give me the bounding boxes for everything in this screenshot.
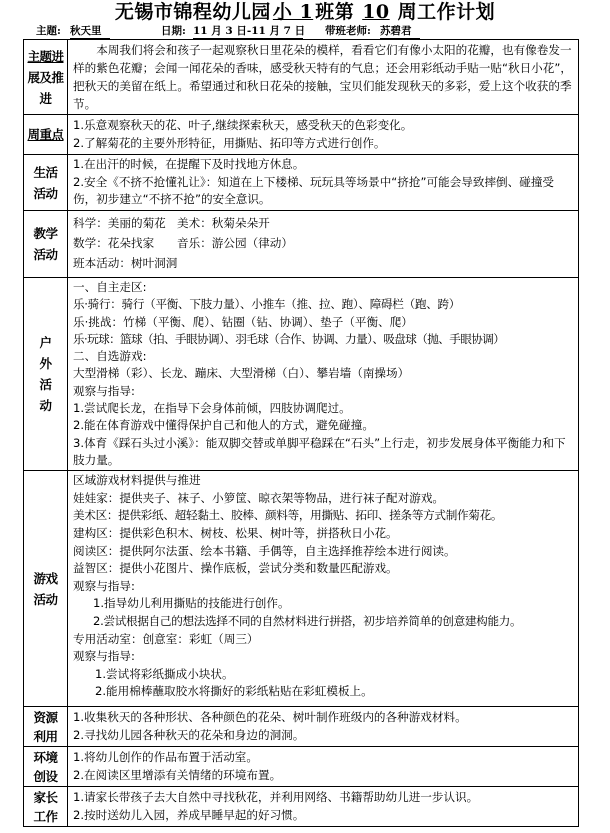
class-activity: 班本活动：树叶洞洞	[73, 253, 574, 273]
content-parent-work: 1.请家长带孩子去大自然中寻找秋花，并利用网络、书籍帮助幼儿进一步认识。 2.按…	[68, 787, 579, 827]
row-life-activity: 生活 活动 1.在出汗的时候，在提醒下及时找地方休息。 2.安全《不挤不抢懂礼让…	[24, 155, 579, 211]
row-resource-use: 资源 利用 1.收集秋天的各种形状、各种颜色的花朵、树叶制作班级内的各种游戏材料…	[24, 707, 579, 747]
list-item: 2.了解菊花的主要外形特征，用撕贴、拓印等方式进行创作。	[73, 134, 574, 152]
list-item: 1.乐意观察秋天的花、叶子,继续探索秋天，感受秋天的色彩变化。	[73, 116, 574, 134]
list-item: 大型滑梯（彩）、长龙、蹦床、大型滑梯（白）、攀岩墙（南操场）	[73, 365, 574, 382]
teacher-label: 带班老师:	[325, 24, 371, 38]
title-suffix: 周工作计划	[398, 1, 496, 23]
weekly-plan-table: 主题进 展及推 进 本周我们将会和孩子一起观察秋日里花朵的模样，看看它们有像小太…	[23, 39, 579, 827]
title-week: 10	[354, 1, 397, 23]
list-item: 1.指导幼儿利用撕贴的技能进行创作。	[73, 595, 574, 613]
list-item: 1.请家长带孩子去大自然中寻找秋花，并利用网络、书籍帮助幼儿进一步认识。	[73, 788, 574, 806]
list-item: 1.尝试爬长龙，在指导下会身体前倾，四肢协调爬过。	[73, 400, 574, 417]
list-item: 1.尝试将彩纸撕成小块状。	[73, 666, 574, 684]
title-class-name: 小 1	[271, 1, 315, 23]
label-outdoor-activity: 户 外 活 动	[24, 278, 68, 471]
row-outdoor-activity: 户 外 活 动 一、自主走区: 乐·骑行：骑行（平衡、下肢力量）、小推车（推、拉…	[24, 278, 579, 471]
list-item: 1.将幼儿创作的作品布置于活动室。	[73, 748, 574, 766]
list-item: 1.收集秋天的各种形状、各种颜色的花朵、树叶制作班级内的各种游戏材料。	[73, 708, 574, 726]
content-game-activity: 区域游戏材料提供与推进 娃娃家：提供夹子、袜子、小箩筐、晾衣架等物品，进行袜子配…	[68, 471, 579, 707]
math-lesson: 数学：花朵找家	[73, 233, 177, 253]
list-item: 乐·挑战：竹梯（平衡、爬）、钻圈（钻、协调）、垫子（平衡、爬）	[73, 314, 574, 331]
teacher-value: 苏碧君	[380, 24, 420, 39]
title-prefix: 无锡市锦程幼儿园	[115, 1, 271, 23]
music-lesson: 音乐：游公园（律动）	[177, 236, 293, 250]
special-room: 专用活动室：创意室：彩虹（周三）	[73, 631, 574, 649]
science-lesson: 科学：美丽的菊花	[73, 213, 177, 233]
title-middle: 班第	[315, 1, 354, 23]
list-item: 观察与指导:	[73, 648, 574, 666]
row-teaching-activity: 教学 活动 科学：美丽的菊花美术：秋菊朵朵开 数学：花朵找家音乐：游公园（律动）…	[24, 211, 579, 278]
list-item: 3.体育《踩石头过小溪》：能双脚交替或单脚平稳踩在“石头”上行走，初步发展身体平…	[73, 435, 574, 470]
list-item: 2.能在体育游戏中懂得保护自己和他人的方式，避免碰撞。	[73, 417, 574, 434]
list-item: 2.在阅读区里增添有关情绪的环境布置。	[73, 766, 574, 784]
list-item: 2.按时送幼儿入园，养成早睡早起的好习惯。	[73, 806, 574, 824]
list-item: 乐·骑行：骑行（平衡、下肢力量）、小推车（推、拉、跑）、障碍栏（跑、跨）	[73, 296, 574, 313]
label-theme-progress: 主题进 展及推 进	[24, 40, 68, 115]
label-week-focus: 周重点	[24, 115, 68, 155]
row-theme-progress: 主题进 展及推 进 本周我们将会和孩子一起观察秋日里花朵的模样，看看它们有像小太…	[24, 40, 579, 115]
label-resource-use: 资源 利用	[24, 707, 68, 747]
theme-value: 秋天里	[70, 24, 110, 39]
label-game-activity: 游戏 活动	[24, 471, 68, 707]
list-item: 阅读区：提供阿尔法蛋、绘本书籍、手偶等，自主选择推荐绘本进行阅读。	[73, 543, 574, 561]
content-resource-use: 1.收集秋天的各种形状、各种颜色的花朵、树叶制作班级内的各种游戏材料。 2.寻找…	[68, 707, 579, 747]
list-item: 观察与指导:	[73, 578, 574, 596]
list-item: 2.寻找幼儿园各种秋天的花朵和身边的洞洞。	[73, 726, 574, 744]
row-environment: 环境 创设 1.将幼儿创作的作品布置于活动室。 2.在阅读区里增添有关情绪的环境…	[24, 747, 579, 787]
meta-line: 主题: 秋天里 日期: 11 月 3 日-11 月 7 日 带班老师: 苏碧君	[0, 24, 610, 38]
list-item: 乐·玩球：篮球（拍、手眼协调）、羽毛球（合作、协调、力量）、吸盘球（抛、手眼协调…	[73, 331, 574, 348]
content-teaching-activity: 科学：美丽的菊花美术：秋菊朵朵开 数学：花朵找家音乐：游公园（律动） 班本活动：…	[68, 211, 579, 278]
label-environment: 环境 创设	[24, 747, 68, 787]
row-parent-work: 家长 工作 1.请家长带孩子去大自然中寻找秋花，并利用网络、书籍帮助幼儿进一步认…	[24, 787, 579, 827]
label-teaching-activity: 教学 活动	[24, 211, 68, 278]
label-life-activity: 生活 活动	[24, 155, 68, 211]
list-item: 2.安全《不挤不抢懂礼让》：知道在上下楼梯、玩玩具等场景中“挤抢”可能会导致摔倒…	[73, 174, 574, 209]
content-life-activity: 1.在出汗的时候，在提醒下及时找地方休息。 2.安全《不挤不抢懂礼让》：知道在上…	[68, 155, 579, 211]
date-label: 日期:	[161, 24, 186, 38]
content-outdoor-activity: 一、自主走区: 乐·骑行：骑行（平衡、下肢力量）、小推车（推、拉、跑）、障碍栏（…	[68, 278, 579, 471]
list-item: 1.在出汗的时候，在提醒下及时找地方休息。	[73, 156, 574, 174]
list-item: 一、自主走区:	[73, 279, 574, 296]
content-week-focus: 1.乐意观察秋天的花、叶子,继续探索秋天，感受秋天的色彩变化。 2.了解菊花的主…	[68, 115, 579, 155]
list-item: 观察与指导:	[73, 383, 574, 400]
list-item: 建构区：提供彩色积木、树枝、松果、树叶等，拼搭秋日小花。	[73, 525, 574, 543]
page-title: 无锡市锦程幼儿园小 1班第10周工作计划	[0, 0, 610, 24]
list-item: 区域游戏材料提供与推进	[73, 472, 574, 490]
list-item: 二、自选游戏:	[73, 348, 574, 365]
art-lesson: 美术：秋菊朵朵开	[177, 216, 270, 230]
list-item: 益智区：提供小花图片、操作底板，尝试分类和数量匹配游戏。	[73, 560, 574, 578]
theme-progress-text: 本周我们将会和孩子一起观察秋日里花朵的模样，看看它们有像小太阳的花瓣，也有像卷发…	[73, 41, 574, 113]
row-game-activity: 游戏 活动 区域游戏材料提供与推进 娃娃家：提供夹子、袜子、小箩筐、晾衣架等物品…	[24, 471, 579, 707]
list-item: 娃娃家：提供夹子、袜子、小箩筐、晾衣架等物品，进行袜子配对游戏。	[73, 490, 574, 508]
list-item: 2.能用棉棒蘸取胶水将撕好的彩纸粘贴在彩虹模板上。	[73, 683, 574, 701]
content-environment: 1.将幼儿创作的作品布置于活动室。 2.在阅读区里增添有关情绪的环境布置。	[68, 747, 579, 787]
list-item: 2.尝试根据自己的想法选择不同的自然材料进行拼搭，初步培养简单的创意建构能力。	[73, 613, 574, 631]
row-week-focus: 周重点 1.乐意观察秋天的花、叶子,继续探索秋天，感受秋天的色彩变化。 2.了解…	[24, 115, 579, 155]
date-value: 11 月 3 日-11 月 7 日	[193, 24, 303, 39]
list-item: 美术区：提供彩纸、超轻黏土、胶棒、颜料等，用撕贴、拓印、搓条等方式制作菊花。	[73, 507, 574, 525]
label-parent-work: 家长 工作	[24, 787, 68, 827]
theme-label: 主题:	[36, 24, 61, 38]
content-theme-progress: 本周我们将会和孩子一起观察秋日里花朵的模样，看看它们有像小太阳的花瓣，也有像卷发…	[68, 40, 579, 115]
